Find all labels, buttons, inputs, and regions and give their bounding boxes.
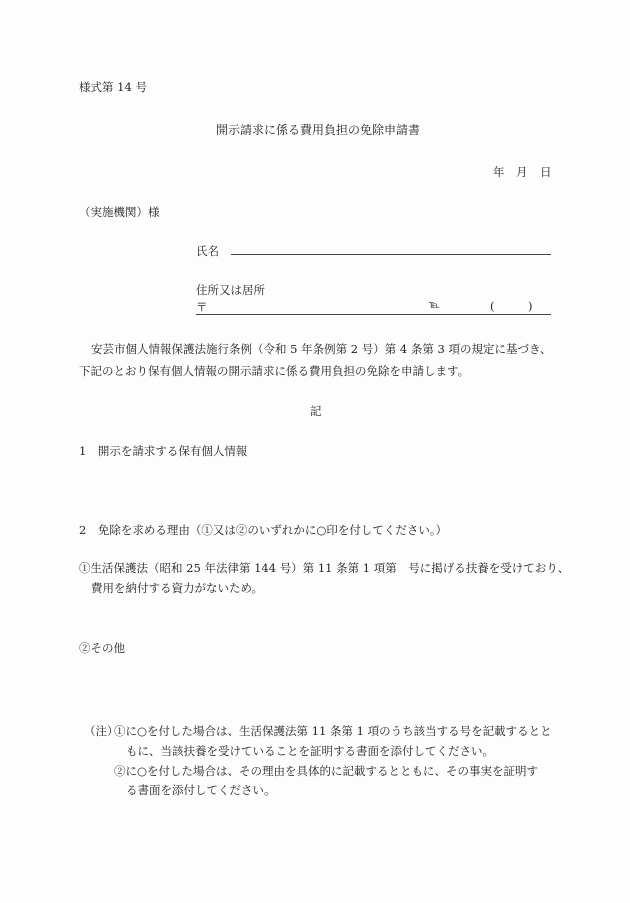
tel-label: ℡ [429, 300, 440, 311]
address-input-line[interactable] [196, 314, 551, 315]
form-number: 様式第 14 号 [79, 79, 147, 95]
name-label: 氏名 [196, 243, 219, 259]
address-label: 住所又は居所 [196, 282, 265, 298]
body-line-2: 下記のとおり保有個人情報の開示請求に係る費用負担の免除を申請します。 [79, 363, 469, 379]
option1-line-1: ①生活保護法（昭和 25 年法律第 144 号）第 11 条第 1 項第 号に掲… [79, 560, 569, 576]
section2-heading: 2 免除を求める理由（①又は②のいずれかに○印を付してください。） [79, 522, 447, 538]
section1-input-area[interactable] [79, 463, 549, 508]
option2-label: ②その他 [79, 640, 125, 656]
name-input-line[interactable] [231, 254, 551, 255]
date-year-label: 年 [493, 164, 505, 180]
ki-marker: 記 [310, 403, 322, 419]
tel-open-paren: ( [490, 299, 495, 313]
body-line-1: 安芸市個人情報保護法施行条例（令和 5 年条例第 2 号）第 4 条第 3 項の… [91, 341, 552, 357]
note2-line-1: ②に○を付した場合は、その理由を具体的に記載するとともに、その事実を証明す [114, 763, 538, 779]
postal-mark: 〒 [196, 299, 208, 315]
option2-input-area[interactable] [79, 660, 549, 710]
note2-line-2: る書面を添付してください。 [126, 782, 276, 798]
note1-line-2: もに、当該扶養を受けていることを証明する書面を添付してください。 [126, 743, 494, 759]
document-title: 開示請求に係る費用負担の免除申請書 [216, 121, 420, 138]
tel-close-paren: ) [528, 299, 533, 313]
section1-heading: 1 開示を請求する保有個人情報 [79, 443, 247, 459]
addressee-agency: （実施機関） [79, 204, 148, 220]
note1-line-1: ①に○を付した場合は、生活保護法第 11 条第 1 項のうち該当する号を記載する… [114, 723, 552, 739]
date-month-label: 月 [516, 164, 528, 180]
addressee-honorific: 様 [148, 204, 160, 220]
date-day-label: 日 [540, 164, 552, 180]
option1-line-2: 費用を納付する資力がないため。 [91, 580, 263, 596]
